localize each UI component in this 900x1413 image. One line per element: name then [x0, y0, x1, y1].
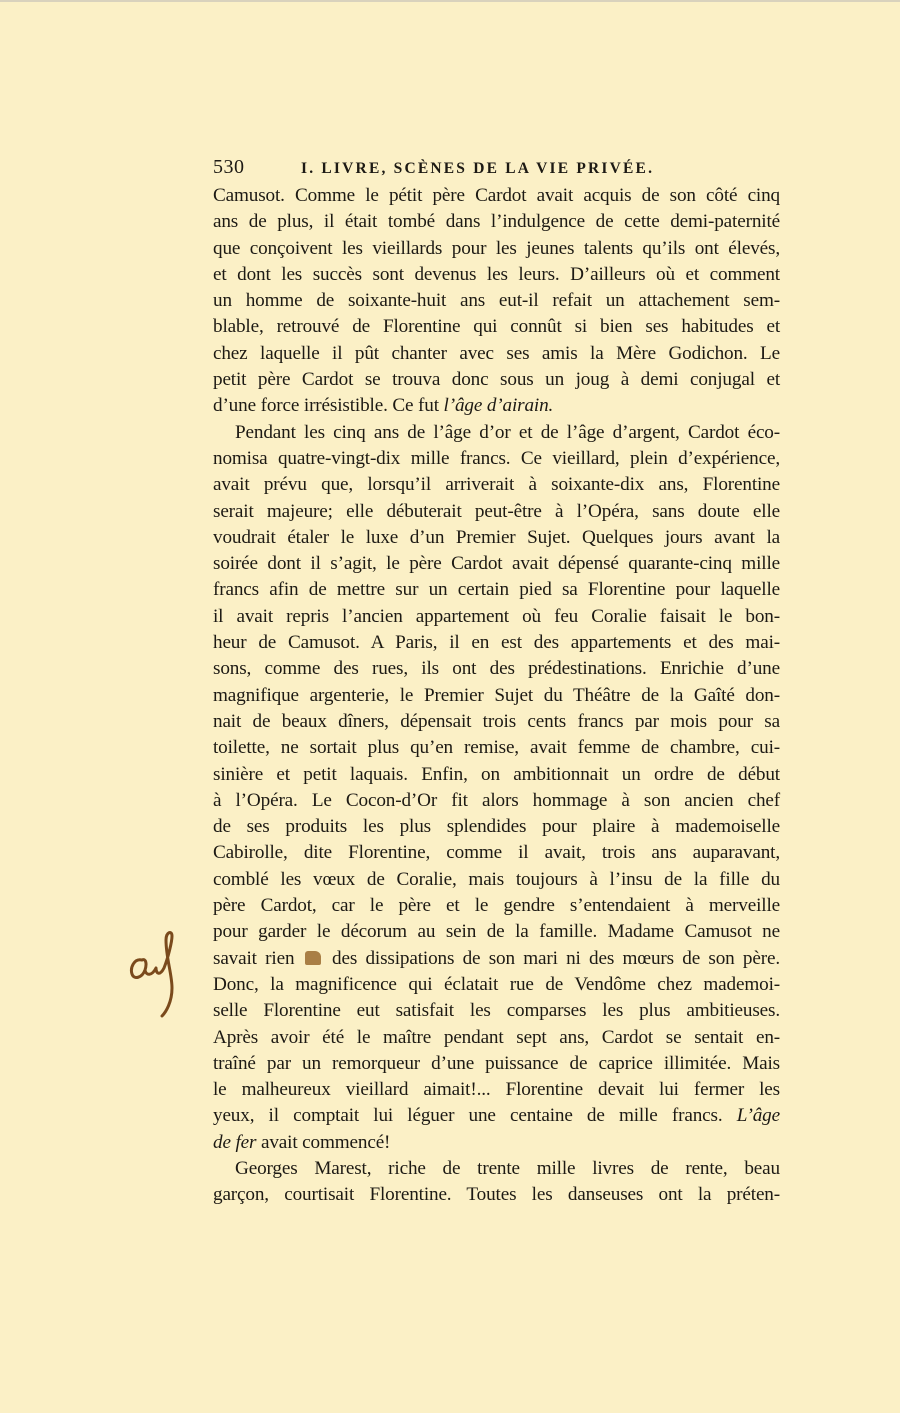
text-run: père Cardot, car le père et le gendre s’…: [213, 895, 780, 916]
text-line: pour garder le décorum au sein de la fam…: [213, 919, 780, 945]
text-line: de ses produits les plus splendides pour…: [213, 814, 780, 840]
text-line: ans de plus, il était tombé dans l’indul…: [213, 209, 780, 235]
text-run: petit père Cardot se trouva donc sous un…: [213, 369, 780, 390]
text-run: Cabirolle, dite Florentine, comme il ava…: [213, 842, 780, 863]
text-run: comblé les vœux de Coralie, mais toujour…: [213, 869, 780, 890]
text-line: petit père Cardot se trouva donc sous un…: [213, 367, 780, 393]
text-line: chez laquelle il pût chanter avec ses am…: [213, 341, 780, 367]
text-run: et dont les succès sont devenus les leur…: [213, 264, 780, 285]
text-line: garçon, courtisait Florentine. Toutes le…: [213, 1182, 780, 1208]
text-run: garçon, courtisait Florentine. Toutes le…: [213, 1184, 780, 1205]
text-line: Après avoir été le maître pendant sept a…: [213, 1025, 780, 1051]
text-line: yeux, il comptait lui léguer une centain…: [213, 1103, 780, 1129]
text-run: à l’Opéra. Le Cocon-d’Or fit alors homma…: [213, 790, 780, 811]
printed-page: 530 I. LIVRE, SCÈNES DE LA VIE PRIVÉE. C…: [213, 153, 780, 1209]
text-line: le malheureux vieillard aimait!... Flore…: [213, 1077, 780, 1103]
text-run: heur de Camusot. A Paris, il en est des …: [213, 632, 780, 653]
text-line: francs afin de mettre sur un certain pie…: [213, 577, 780, 603]
text-line: il avait repris l’ancien appartement où …: [213, 604, 780, 630]
text-run: avait prévu que, lorsqu’il arriverait à …: [213, 474, 780, 495]
text-run: toilette, ne sortait plus qu’en remise, …: [213, 737, 780, 758]
italic-text: L’âge: [737, 1105, 780, 1126]
text-line: d’une force irrésistible. Ce fut l’âge d…: [213, 393, 780, 419]
text-run: nait de beaux dîners, dépensait trois ce…: [213, 711, 780, 732]
text-run: traîné par un remorqueur d’une puissance…: [213, 1053, 780, 1074]
text-run: Après avoir été le maître pendant sept a…: [213, 1027, 780, 1048]
text-line: à l’Opéra. Le Cocon-d’Or fit alors homma…: [213, 788, 780, 814]
text-run: ans de plus, il était tombé dans l’indul…: [213, 211, 780, 232]
text-line: un homme de soixante-huit ans eut-il ref…: [213, 288, 780, 314]
text-line: que conçoivent les vieillards pour les j…: [213, 236, 780, 262]
text-run: il avait repris l’ancien appartement où …: [213, 606, 780, 627]
text-run: Donc, la magnificence qui éclatait rue d…: [213, 974, 780, 995]
text-run: des dissipations de son mari ni des mœur…: [324, 948, 780, 969]
text-run: un homme de soixante-huit ans eut-il ref…: [213, 290, 780, 311]
text-run: serait majeure; elle débuterait peut-êtr…: [213, 501, 780, 522]
text-line: selle Florentine eut satisfait les compa…: [213, 998, 780, 1024]
text-line: Camusot. Comme le pétit père Cardot avai…: [213, 183, 780, 209]
text-line: soirée dont il s’agit, le père Cardot av…: [213, 551, 780, 577]
text-line: Pendant les cinq ans de l’âge d’or et de…: [213, 420, 780, 446]
text-line: savait rien des dissipations de son mari…: [213, 946, 780, 972]
text-run: d’une force irrésistible. Ce fut: [213, 395, 444, 416]
text-line: Georges Marest, riche de trente mille li…: [213, 1156, 780, 1182]
text-line: magnifique argenterie, le Premier Sujet …: [213, 683, 780, 709]
text-run: avait commencé!: [256, 1132, 390, 1153]
text-line: serait majeure; elle débuterait peut-êtr…: [213, 499, 780, 525]
page-top-edge: [0, 0, 900, 2]
text-run: soirée dont il s’agit, le père Cardot av…: [213, 553, 780, 574]
text-line: sons, comme des rues, ils ont des prédes…: [213, 656, 780, 682]
page-number: 530: [213, 153, 301, 181]
text-run: savait rien: [213, 948, 303, 969]
text-line: traîné par un remorqueur d’une puissance…: [213, 1051, 780, 1077]
text-run: francs afin de mettre sur un certain pie…: [213, 579, 780, 600]
text-line: Cabirolle, dite Florentine, comme il ava…: [213, 840, 780, 866]
text-run: chez laquelle il pût chanter avec ses am…: [213, 343, 780, 364]
text-line: sinière et petit laquais. Enfin, on ambi…: [213, 762, 780, 788]
text-line: père Cardot, car le père et le gendre s’…: [213, 893, 780, 919]
text-line: nomisa quatre-vingt-dix mille francs. Ce…: [213, 446, 780, 472]
text-line: nait de beaux dîners, dépensait trois ce…: [213, 709, 780, 735]
text-run: pour garder le décorum au sein de la fam…: [213, 921, 780, 942]
text-line: blable, retrouvé de Florentine qui connû…: [213, 314, 780, 340]
italic-text: l’âge d’airain.: [444, 395, 554, 416]
text-run: sons, comme des rues, ils ont des prédes…: [213, 658, 780, 679]
text-line: Donc, la magnificence qui éclatait rue d…: [213, 972, 780, 998]
ink-stain-icon: [305, 951, 321, 965]
text-run: yeux, il comptait lui léguer une centain…: [213, 1105, 737, 1126]
text-line: heur de Camusot. A Paris, il en est des …: [213, 630, 780, 656]
text-line: de fer avait commencé!: [213, 1130, 780, 1156]
italic-text: de fer: [213, 1132, 256, 1153]
text-line: comblé les vœux de Coralie, mais toujour…: [213, 867, 780, 893]
running-title: I. LIVRE, SCÈNES DE LA VIE PRIVÉE.: [301, 155, 654, 183]
text-line: toilette, ne sortait plus qu’en remise, …: [213, 735, 780, 761]
text-run: Pendant les cinq ans de l’âge d’or et de…: [235, 422, 780, 443]
text-run: magnifique argenterie, le Premier Sujet …: [213, 685, 780, 706]
text-line: avait prévu que, lorsqu’il arriverait à …: [213, 472, 780, 498]
running-head: 530 I. LIVRE, SCÈNES DE LA VIE PRIVÉE.: [213, 153, 780, 181]
text-run: Georges Marest, riche de trente mille li…: [235, 1158, 780, 1179]
body-text: Camusot. Comme le pétit père Cardot avai…: [213, 183, 780, 1209]
text-run: voudrait étaler le luxe d’un Premier Suj…: [213, 527, 780, 548]
text-run: que conçoivent les vieillards pour les j…: [213, 238, 780, 259]
text-run: Camusot. Comme le pétit père Cardot avai…: [213, 185, 780, 206]
text-run: le malheureux vieillard aimait!... Flore…: [213, 1079, 780, 1100]
text-run: selle Florentine eut satisfait les compa…: [213, 1000, 780, 1021]
text-run: sinière et petit laquais. Enfin, on ambi…: [213, 764, 780, 785]
text-line: et dont les succès sont devenus les leur…: [213, 262, 780, 288]
text-run: blable, retrouvé de Florentine qui connû…: [213, 316, 780, 337]
text-run: nomisa quatre-vingt-dix mille francs. Ce…: [213, 448, 780, 469]
text-line: voudrait étaler le luxe d’un Premier Suj…: [213, 525, 780, 551]
text-run: de ses produits les plus splendides pour…: [213, 816, 780, 837]
handwritten-del-annotation-icon: [128, 928, 188, 1023]
